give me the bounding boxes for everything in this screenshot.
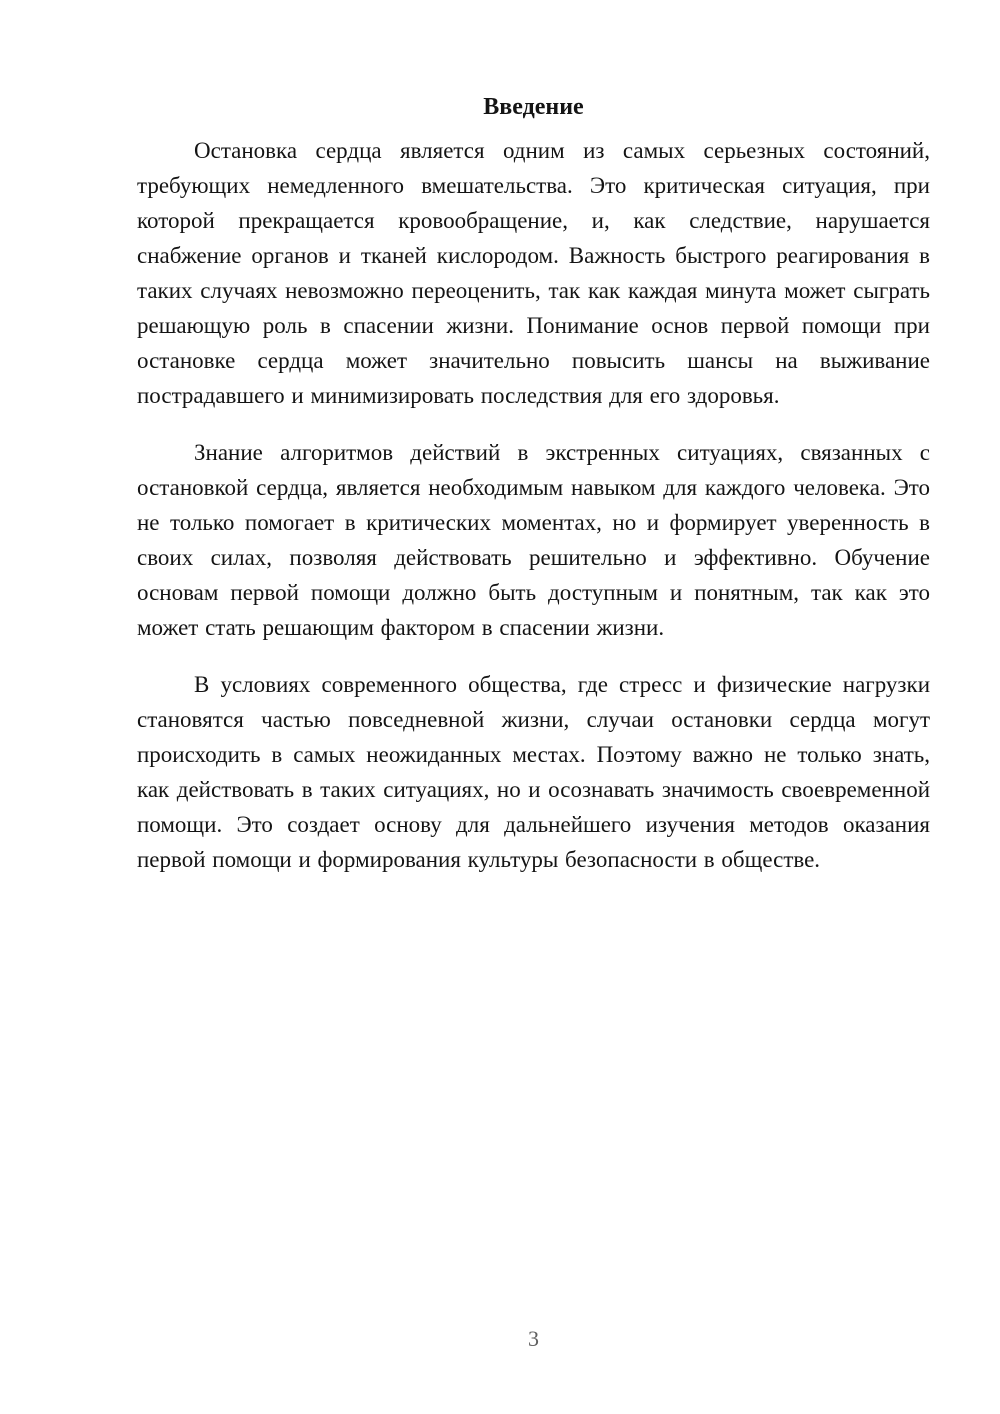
document-page: Введение Остановка сердца является одним…: [0, 0, 1000, 1414]
paragraph-2: Знание алгоритмов действий в экстренных …: [137, 435, 930, 645]
paragraph-1: Остановка сердца является одним из самых…: [137, 133, 930, 413]
page-content: Введение Остановка сердца является одним…: [137, 93, 930, 899]
paragraph-3: В условиях современного общества, где ст…: [137, 667, 930, 877]
page-title: Введение: [137, 93, 930, 121]
page-number: 3: [137, 1326, 930, 1352]
